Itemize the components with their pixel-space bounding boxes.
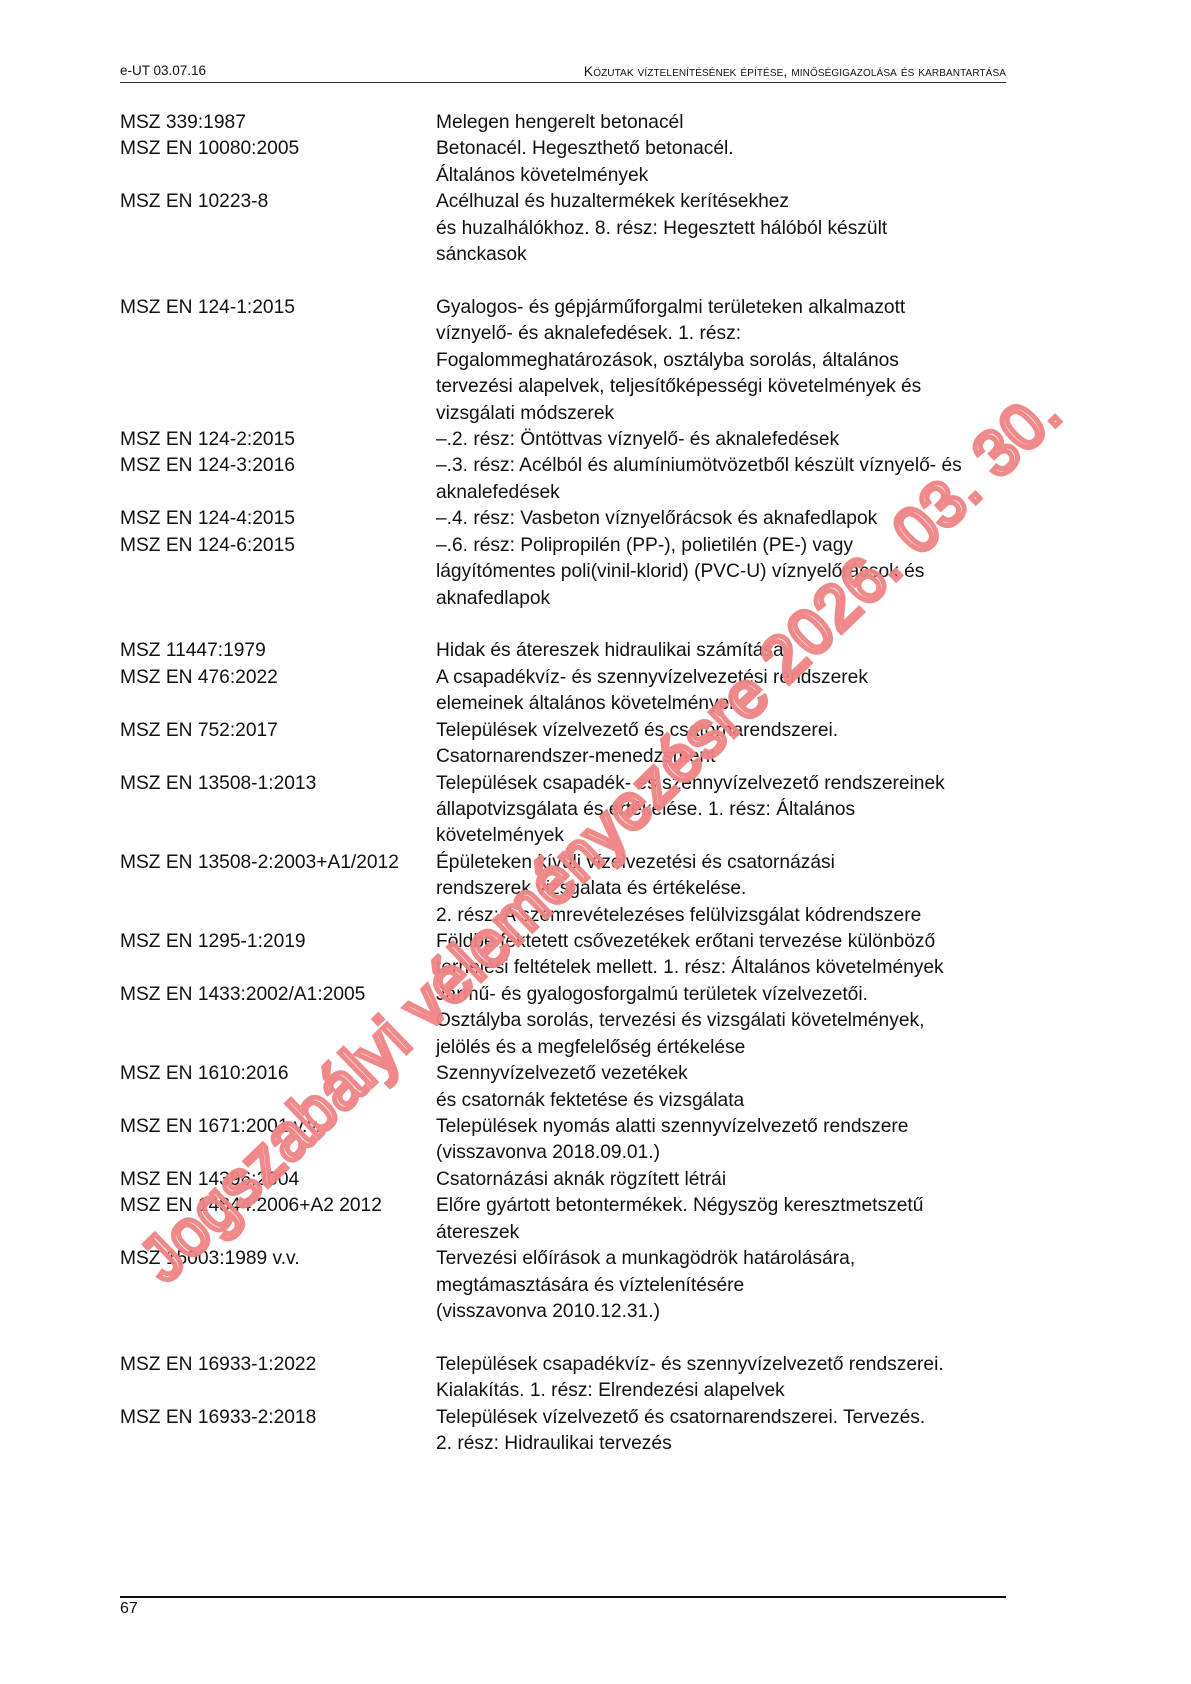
- standard-entry: MSZ EN 752:2017Települések vízelvezető é…: [120, 718, 1020, 771]
- standard-description: Települések csapadék- és szennyvízelveze…: [436, 771, 1020, 850]
- blank-line: [120, 1325, 1020, 1351]
- standard-code: MSZ EN 16933-2:2018: [120, 1405, 436, 1458]
- standard-code: MSZ EN 1671:2001 v.v.: [120, 1114, 436, 1167]
- standard-code: MSZ EN 13508-1:2013: [120, 771, 436, 850]
- standard-entry: MSZ EN 124-3:2016–.3. rész: Acélból és a…: [120, 453, 1020, 506]
- standard-code: MSZ EN 14844:2006+A2 2012: [120, 1193, 436, 1246]
- standard-code: MSZ 11447:1979: [120, 638, 436, 664]
- standard-code: MSZ EN 124-2:2015: [120, 427, 436, 453]
- standard-description: –.3. rész: Acélból és alumíniumötvözetbő…: [436, 453, 1020, 506]
- standard-entry: MSZ EN 1610:2016Szennyvízelvezető vezeté…: [120, 1061, 1020, 1114]
- standard-code: MSZ EN 10080:2005: [120, 136, 436, 189]
- standard-entry: MSZ EN 13508-2:2003+A1/2012Épületeken kí…: [120, 850, 1020, 929]
- standard-entry: MSZ 15003:1989 v.v.Tervezési előírások a…: [120, 1246, 1020, 1325]
- standard-description: Tervezési előírások a munkagödrök határo…: [436, 1246, 1020, 1325]
- standard-code: MSZ 15003:1989 v.v.: [120, 1246, 436, 1325]
- standard-code: MSZ EN 124-1:2015: [120, 295, 436, 427]
- standard-description: Hidak és átereszek hidraulikai számítása: [436, 638, 1020, 664]
- standard-code: MSZ EN 10223-8: [120, 189, 436, 268]
- standard-description: –.6. rész: Polipropilén (PP-), polietilé…: [436, 533, 1020, 612]
- standard-description: –.2. rész: Öntöttvas víznyelő- és aknale…: [436, 427, 1020, 453]
- standard-description: Települések csapadékvíz- és szennyvízelv…: [436, 1352, 1020, 1405]
- standard-entry: MSZ EN 14396:2004Csatornázási aknák rögz…: [120, 1167, 1020, 1193]
- standard-code: MSZ EN 1433:2002/A1:2005: [120, 982, 436, 1061]
- standard-description: Betonacél. Hegeszthető betonacél. Általá…: [436, 136, 1020, 189]
- standard-description: Települések vízelvezető és csatornarends…: [436, 718, 1020, 771]
- standard-description: Gyalogos- és gépjárműforgalmi területeke…: [436, 295, 1020, 427]
- blank-line: [120, 612, 1020, 638]
- standard-code: MSZ 339:1987: [120, 110, 436, 136]
- standard-entry: MSZ 339:1987Melegen hengerelt betonacél: [120, 110, 1020, 136]
- standard-code: MSZ EN 476:2022: [120, 665, 436, 718]
- standard-description: Földbe fektetett csővezetékek erőtani te…: [436, 929, 1020, 982]
- standard-entry: MSZ EN 13508-1:2013Települések csapadék-…: [120, 771, 1020, 850]
- standard-entry: MSZ EN 124-6:2015–.6. rész: Polipropilén…: [120, 533, 1020, 612]
- standard-description: Települések nyomás alatti szennyvízelvez…: [436, 1114, 1020, 1167]
- standard-description: Melegen hengerelt betonacél: [436, 110, 1020, 136]
- standard-code: MSZ EN 1610:2016: [120, 1061, 436, 1114]
- standard-entry: MSZ EN 124-4:2015–.4. rész: Vasbeton víz…: [120, 506, 1020, 532]
- standard-description: Csatornázási aknák rögzített létrái: [436, 1167, 1020, 1193]
- standard-entry: MSZ EN 16933-1:2022Települések csapadékv…: [120, 1352, 1020, 1405]
- footer-divider: [120, 1596, 1006, 1598]
- standard-code: MSZ EN 124-4:2015: [120, 506, 436, 532]
- blank-line: [120, 269, 1020, 295]
- standard-entry: MSZ 11447:1979Hidak és átereszek hidraul…: [120, 638, 1020, 664]
- standard-code: MSZ EN 16933-1:2022: [120, 1352, 436, 1405]
- standard-description: Előre gyártott betontermékek. Négyszög k…: [436, 1193, 1020, 1246]
- standard-description: Szennyvízelvezető vezetékek és csatornák…: [436, 1061, 1020, 1114]
- standard-entry: MSZ EN 10080:2005Betonacél. Hegeszthető …: [120, 136, 1020, 189]
- standard-entry: MSZ EN 1671:2001 v.v.Települések nyomás …: [120, 1114, 1020, 1167]
- standard-description: –.4. rész: Vasbeton víznyelőrácsok és ak…: [436, 506, 1020, 532]
- standard-code: MSZ EN 14396:2004: [120, 1167, 436, 1193]
- standard-description: Acélhuzal és huzaltermékek kerítésekhez …: [436, 189, 1020, 268]
- standard-code: MSZ EN 13508-2:2003+A1/2012: [120, 850, 436, 929]
- standard-description: A csapadékvíz- és szennyvízelvezetési re…: [436, 665, 1020, 718]
- standard-code: MSZ EN 1295-1:2019: [120, 929, 436, 982]
- standard-entry: MSZ EN 1433:2002/A1:2005Jármű- és gyalog…: [120, 982, 1020, 1061]
- standard-code: MSZ EN 124-3:2016: [120, 453, 436, 506]
- standard-code: MSZ EN 124-6:2015: [120, 533, 436, 612]
- document-title: Közutak víztelenítésének építése, minősé…: [584, 63, 1006, 79]
- standard-entry: MSZ EN 10223-8Acélhuzal és huzaltermékek…: [120, 189, 1020, 268]
- standard-description: Települések vízelvezető és csatornarends…: [436, 1405, 1020, 1458]
- standard-entry: MSZ EN 124-1:2015Gyalogos- és gépjárműfo…: [120, 295, 1020, 427]
- standard-entry: MSZ EN 16933-2:2018Települések vízelveze…: [120, 1405, 1020, 1458]
- standards-list: MSZ 339:1987Melegen hengerelt betonacélM…: [120, 110, 1020, 1457]
- page-header: e-UT 03.07.16 Közutak víztelenítésének é…: [120, 58, 1006, 83]
- document-id: e-UT 03.07.16: [120, 63, 206, 78]
- page-number: 67: [120, 1600, 138, 1618]
- standard-description: Jármű- és gyalogosforgalmú területek víz…: [436, 982, 1020, 1061]
- standard-entry: MSZ EN 1295-1:2019Földbe fektetett csőve…: [120, 929, 1020, 982]
- standard-code: MSZ EN 752:2017: [120, 718, 436, 771]
- standard-entry: MSZ EN 14844:2006+A2 2012Előre gyártott …: [120, 1193, 1020, 1246]
- standard-entry: MSZ EN 476:2022A csapadékvíz- és szennyv…: [120, 665, 1020, 718]
- standard-entry: MSZ EN 124-2:2015–.2. rész: Öntöttvas ví…: [120, 427, 1020, 453]
- standard-description: Épületeken kívüli vízelvezetési és csato…: [436, 850, 1020, 929]
